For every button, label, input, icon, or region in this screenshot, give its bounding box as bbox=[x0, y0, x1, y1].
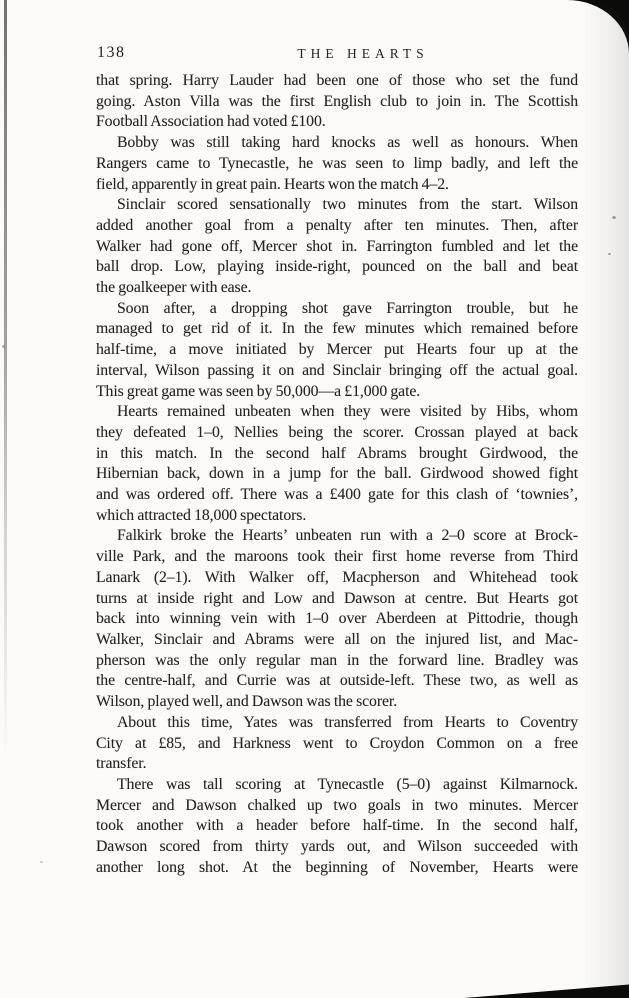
text-line: the centre-half, and Currie was at outsi… bbox=[96, 671, 578, 692]
text-line: This great game was seen by 50,000—a £1,… bbox=[96, 382, 578, 403]
text-line: added another goal from a penalty after … bbox=[96, 216, 578, 237]
text-line: ville Park, and the maroons took their f… bbox=[96, 547, 578, 568]
text-line: transfer. bbox=[96, 754, 578, 775]
text-line: There was tall scoring at Tynecastle (5–… bbox=[96, 775, 578, 796]
text-line: ball drop. Low, playing inside-right, po… bbox=[96, 257, 578, 278]
scan-speck bbox=[40, 861, 43, 863]
text-line: Soon after, a dropping shot gave Farring… bbox=[96, 299, 578, 320]
paragraph: Bobby was still taking hard knocks as we… bbox=[96, 133, 578, 195]
text-line: Dawson scored from thirty yards out, and… bbox=[96, 837, 578, 858]
paragraph: There was tall scoring at Tynecastle (5–… bbox=[96, 775, 578, 879]
scan-speck bbox=[608, 253, 611, 255]
text-line: Hibernian back, down in a jump for the b… bbox=[96, 464, 578, 485]
text-line: City at £85, and Harkness went to Croydo… bbox=[96, 734, 578, 755]
book-page: 138 THE HEARTS that spring. Harry Lauder… bbox=[0, 0, 629, 998]
text-line: the goalkeeper with ease. bbox=[96, 278, 578, 299]
paragraph: About this time, Yates was transferred f… bbox=[96, 713, 578, 775]
text-line: another long shot. At the beginning of N… bbox=[96, 858, 578, 879]
text-line: took another with a header before half-t… bbox=[96, 816, 578, 837]
page-edge-shading bbox=[583, 0, 629, 998]
text-line: Rangers came to Tynecastle, he was seen … bbox=[96, 154, 578, 175]
book-edge-shadow bbox=[464, 983, 629, 998]
page-title: THE HEARTS bbox=[96, 46, 578, 62]
text-line: that spring. Harry Lauder had been one o… bbox=[96, 71, 578, 92]
text-line: they defeated 1–0, Nellies being the sco… bbox=[96, 423, 578, 444]
paragraph: Hearts remained unbeaten when they were … bbox=[96, 402, 578, 526]
text-line: About this time, Yates was transferred f… bbox=[96, 713, 578, 734]
paragraph: Soon after, a dropping shot gave Farring… bbox=[96, 299, 578, 403]
text-line: which attracted 18,000 spectators. bbox=[96, 506, 578, 527]
text-line: field, apparently in great pain. Hearts … bbox=[96, 175, 578, 196]
running-head: 138 THE HEARTS bbox=[96, 44, 578, 64]
paragraph: Sinclair scored sensationally two minute… bbox=[96, 195, 578, 299]
scan-speck bbox=[2, 345, 5, 348]
text-line: Bobby was still taking hard knocks as we… bbox=[96, 133, 578, 154]
page-body: that spring. Harry Lauder had been one o… bbox=[96, 71, 578, 878]
text-line: in this match. In the second half Abrams… bbox=[96, 444, 578, 465]
text-line: turns at inside right and Low and Dawson… bbox=[96, 589, 578, 610]
text-line: Lanark (2–1). With Walker off, Macpherso… bbox=[96, 568, 578, 589]
spine-gutter-line bbox=[4, 0, 7, 760]
paragraph: that spring. Harry Lauder had been one o… bbox=[96, 71, 578, 133]
text-line: Walker had gone off, Mercer shot in. Far… bbox=[96, 237, 578, 258]
text-line: Sinclair scored sensationally two minute… bbox=[96, 195, 578, 216]
text-line: pherson was the only regular man in the … bbox=[96, 651, 578, 672]
text-line: Walker, Sinclair and Abrams were all on … bbox=[96, 630, 578, 651]
text-line: interval, Wilson passing it on and Sincl… bbox=[96, 361, 578, 382]
text-line: Mercer and Dawson chalked up two goals i… bbox=[96, 796, 578, 817]
paragraph: Falkirk broke the Hearts’ unbeaten run w… bbox=[96, 526, 578, 712]
text-line: going. Aston Villa was the first English… bbox=[96, 92, 578, 113]
text-line: Hearts remained unbeaten when they were … bbox=[96, 402, 578, 423]
text-line: back into winning vein with 1–0 over Abe… bbox=[96, 609, 578, 630]
text-line: and was ordered off. There was a £400 ga… bbox=[96, 485, 578, 506]
text-line: Wilson, played well, and Dawson was the … bbox=[96, 692, 578, 713]
text-line: managed to get rid of it. In the few min… bbox=[96, 319, 578, 340]
text-line: half-time, a move initiated by Mercer pu… bbox=[96, 340, 578, 361]
text-line: Falkirk broke the Hearts’ unbeaten run w… bbox=[96, 526, 578, 547]
scan-speck bbox=[612, 216, 616, 219]
text-line: Football Association had voted £100. bbox=[96, 112, 578, 133]
